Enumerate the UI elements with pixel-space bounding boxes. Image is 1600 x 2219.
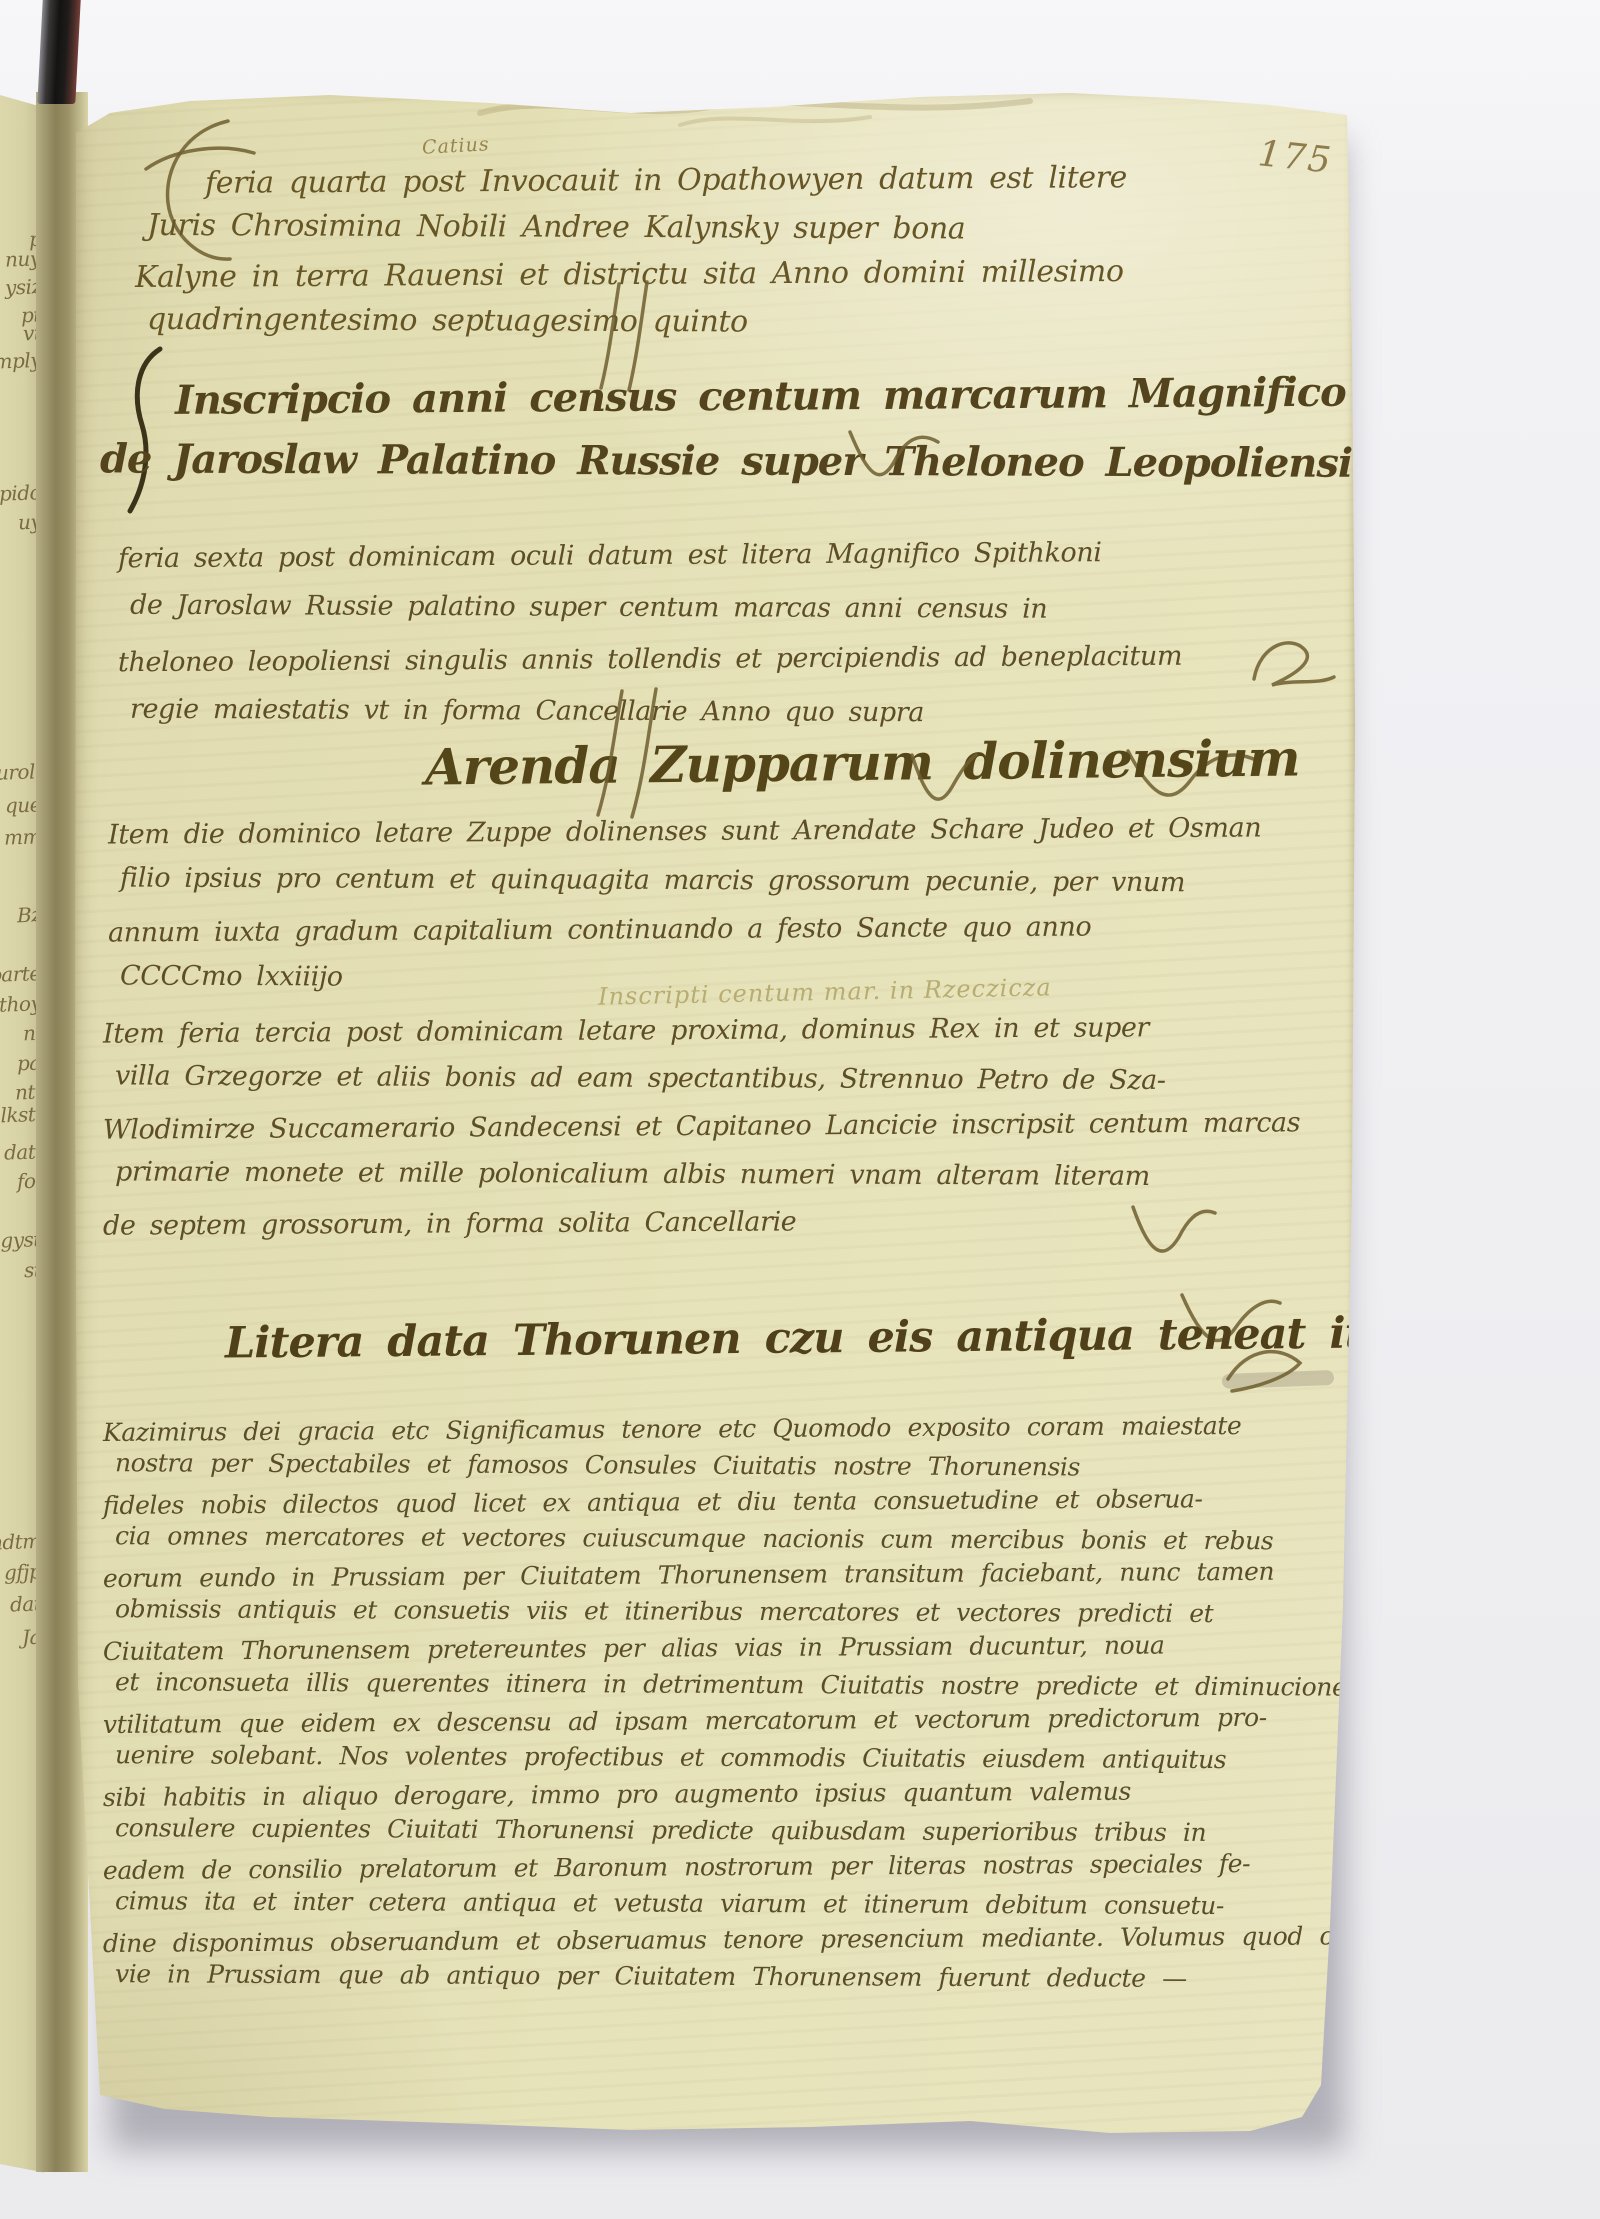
pen-descenders [582, 687, 677, 822]
manuscript-line: filio ipsius pro centum et quinquagita m… [120, 854, 1273, 908]
manuscript-photo: pnuyysizptvtomplypidouyuroliquemmBzparte… [0, 0, 1600, 2219]
manuscript-line: villa Grzegorze et aliis bonis ad eam sp… [115, 1052, 1312, 1105]
pen-swash [1242, 627, 1340, 701]
heading-arenda: Arenda Zupparum dolinensium [425, 728, 1300, 796]
manuscript-line: Item feria tercia post dominicam letare … [103, 1003, 1300, 1058]
manuscript-line: annum iuxta gradum capitalium continuand… [108, 901, 1262, 957]
manuscript-line: feria sexta post dominicam oculi datum e… [118, 527, 1182, 585]
manuscript-line: primarie monete et mille polonicalium al… [115, 1148, 1312, 1201]
manuscript-line: Ciuitatem Thorunensem pretereuntes per a… [103, 1626, 1400, 1670]
folio-number: 175 [1256, 133, 1335, 182]
entry-kazimirus-litera: Kazimirus dei gracia etc Significamus te… [103, 1411, 1400, 1995]
entry-grzegorze: Item feria tercia post dominicam letare … [103, 1007, 1300, 1247]
manuscript-line: Kazimirus dei gracia etc Significamus te… [103, 1407, 1400, 1451]
pen-flourish-v [842, 420, 947, 498]
manuscript-line: Juris Chrosimina Nobili Andree Kalynsky … [147, 202, 1139, 253]
manuscript-line: eorum eundo in Prussiam per Ciuitatem Th… [103, 1553, 1400, 1597]
manuscript-line: Item die dominico letare Zuppe dolinense… [108, 803, 1262, 859]
manuscript-line: fideles nobis dilectos quod licet ex ant… [103, 1480, 1400, 1524]
manuscript-page: Catius 175 feria quarta post Invocauit i… [70, 85, 1358, 2149]
book-clamp-rod [37, 0, 80, 104]
entry-arenda-zuppe: Item die dominico letare Zuppe dolinense… [108, 807, 1261, 1003]
manuscript-line: sibi habitis in aliquo derogare, immo pr… [103, 1772, 1400, 1816]
manuscript-line: eadem de consilio prelatorum et Baronum … [103, 1845, 1400, 1889]
manuscript-line: de septem grossorum, in forma solita Can… [103, 1195, 1300, 1250]
ink-showthrough [470, 79, 1090, 135]
pen-end-curl [1218, 1337, 1313, 1399]
manuscript-line: dine disponimus obseruandum et obseruamu… [103, 1918, 1400, 1962]
manuscript-line: feria quarta post Invocauit in Opathowye… [205, 154, 1127, 207]
manuscript-line: vie in Prussiam que ab antiquo per Ciuit… [115, 1956, 1412, 1998]
manuscript-line: vtilitatum que eidem ex descensu ad ipsa… [103, 1699, 1400, 1743]
manuscript-line: Wlodimirze Succamerario Sandecensi et Ca… [103, 1099, 1300, 1154]
heading-line: de Jaroslaw Palatino Russie super Thelon… [100, 426, 1577, 497]
pen-flourish-v [1125, 1195, 1220, 1275]
margin-note: Catius [421, 133, 490, 159]
manuscript-line: theloneo leopoliensi singulis annis toll… [118, 631, 1182, 689]
manuscript-line: de Jaroslaw Russie palatino super centum… [130, 580, 1194, 637]
